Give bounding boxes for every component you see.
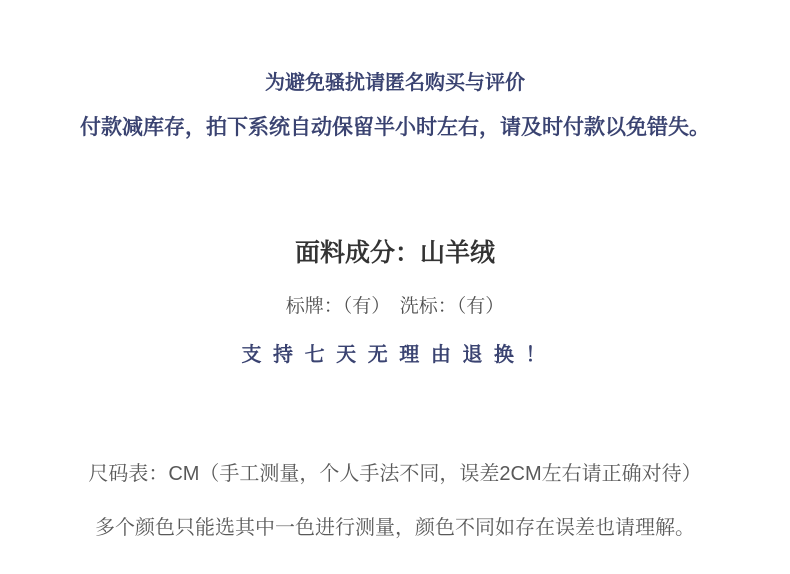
- color-measure-note: 多个颜色只能选其中一色进行测量，颜色不同如存在误差也请理解。: [0, 511, 790, 540]
- anonymous-purchase-notice: 为避免骚扰请匿名购买与评价: [0, 66, 790, 95]
- product-description-page: 为避免骚扰请匿名购买与评价 付款减库存，拍下系统自动保留半小时左右，请及时付款以…: [0, 0, 790, 574]
- payment-stock-notice: 付款减库存，拍下系统自动保留半小时左右，请及时付款以免错失。: [0, 111, 790, 141]
- seven-day-return-line: 支 持 七 天 无 理 由 退 换 ！: [0, 338, 790, 367]
- tag-washlabel-line: 标牌：（有） 洗标：（有）: [0, 291, 790, 318]
- fabric-composition-title: 面料成分：山羊绒: [0, 233, 790, 269]
- size-chart-note: 尺码表：CM（手工测量，个人手法不同，误差2CM左右请正确对待）: [0, 457, 790, 486]
